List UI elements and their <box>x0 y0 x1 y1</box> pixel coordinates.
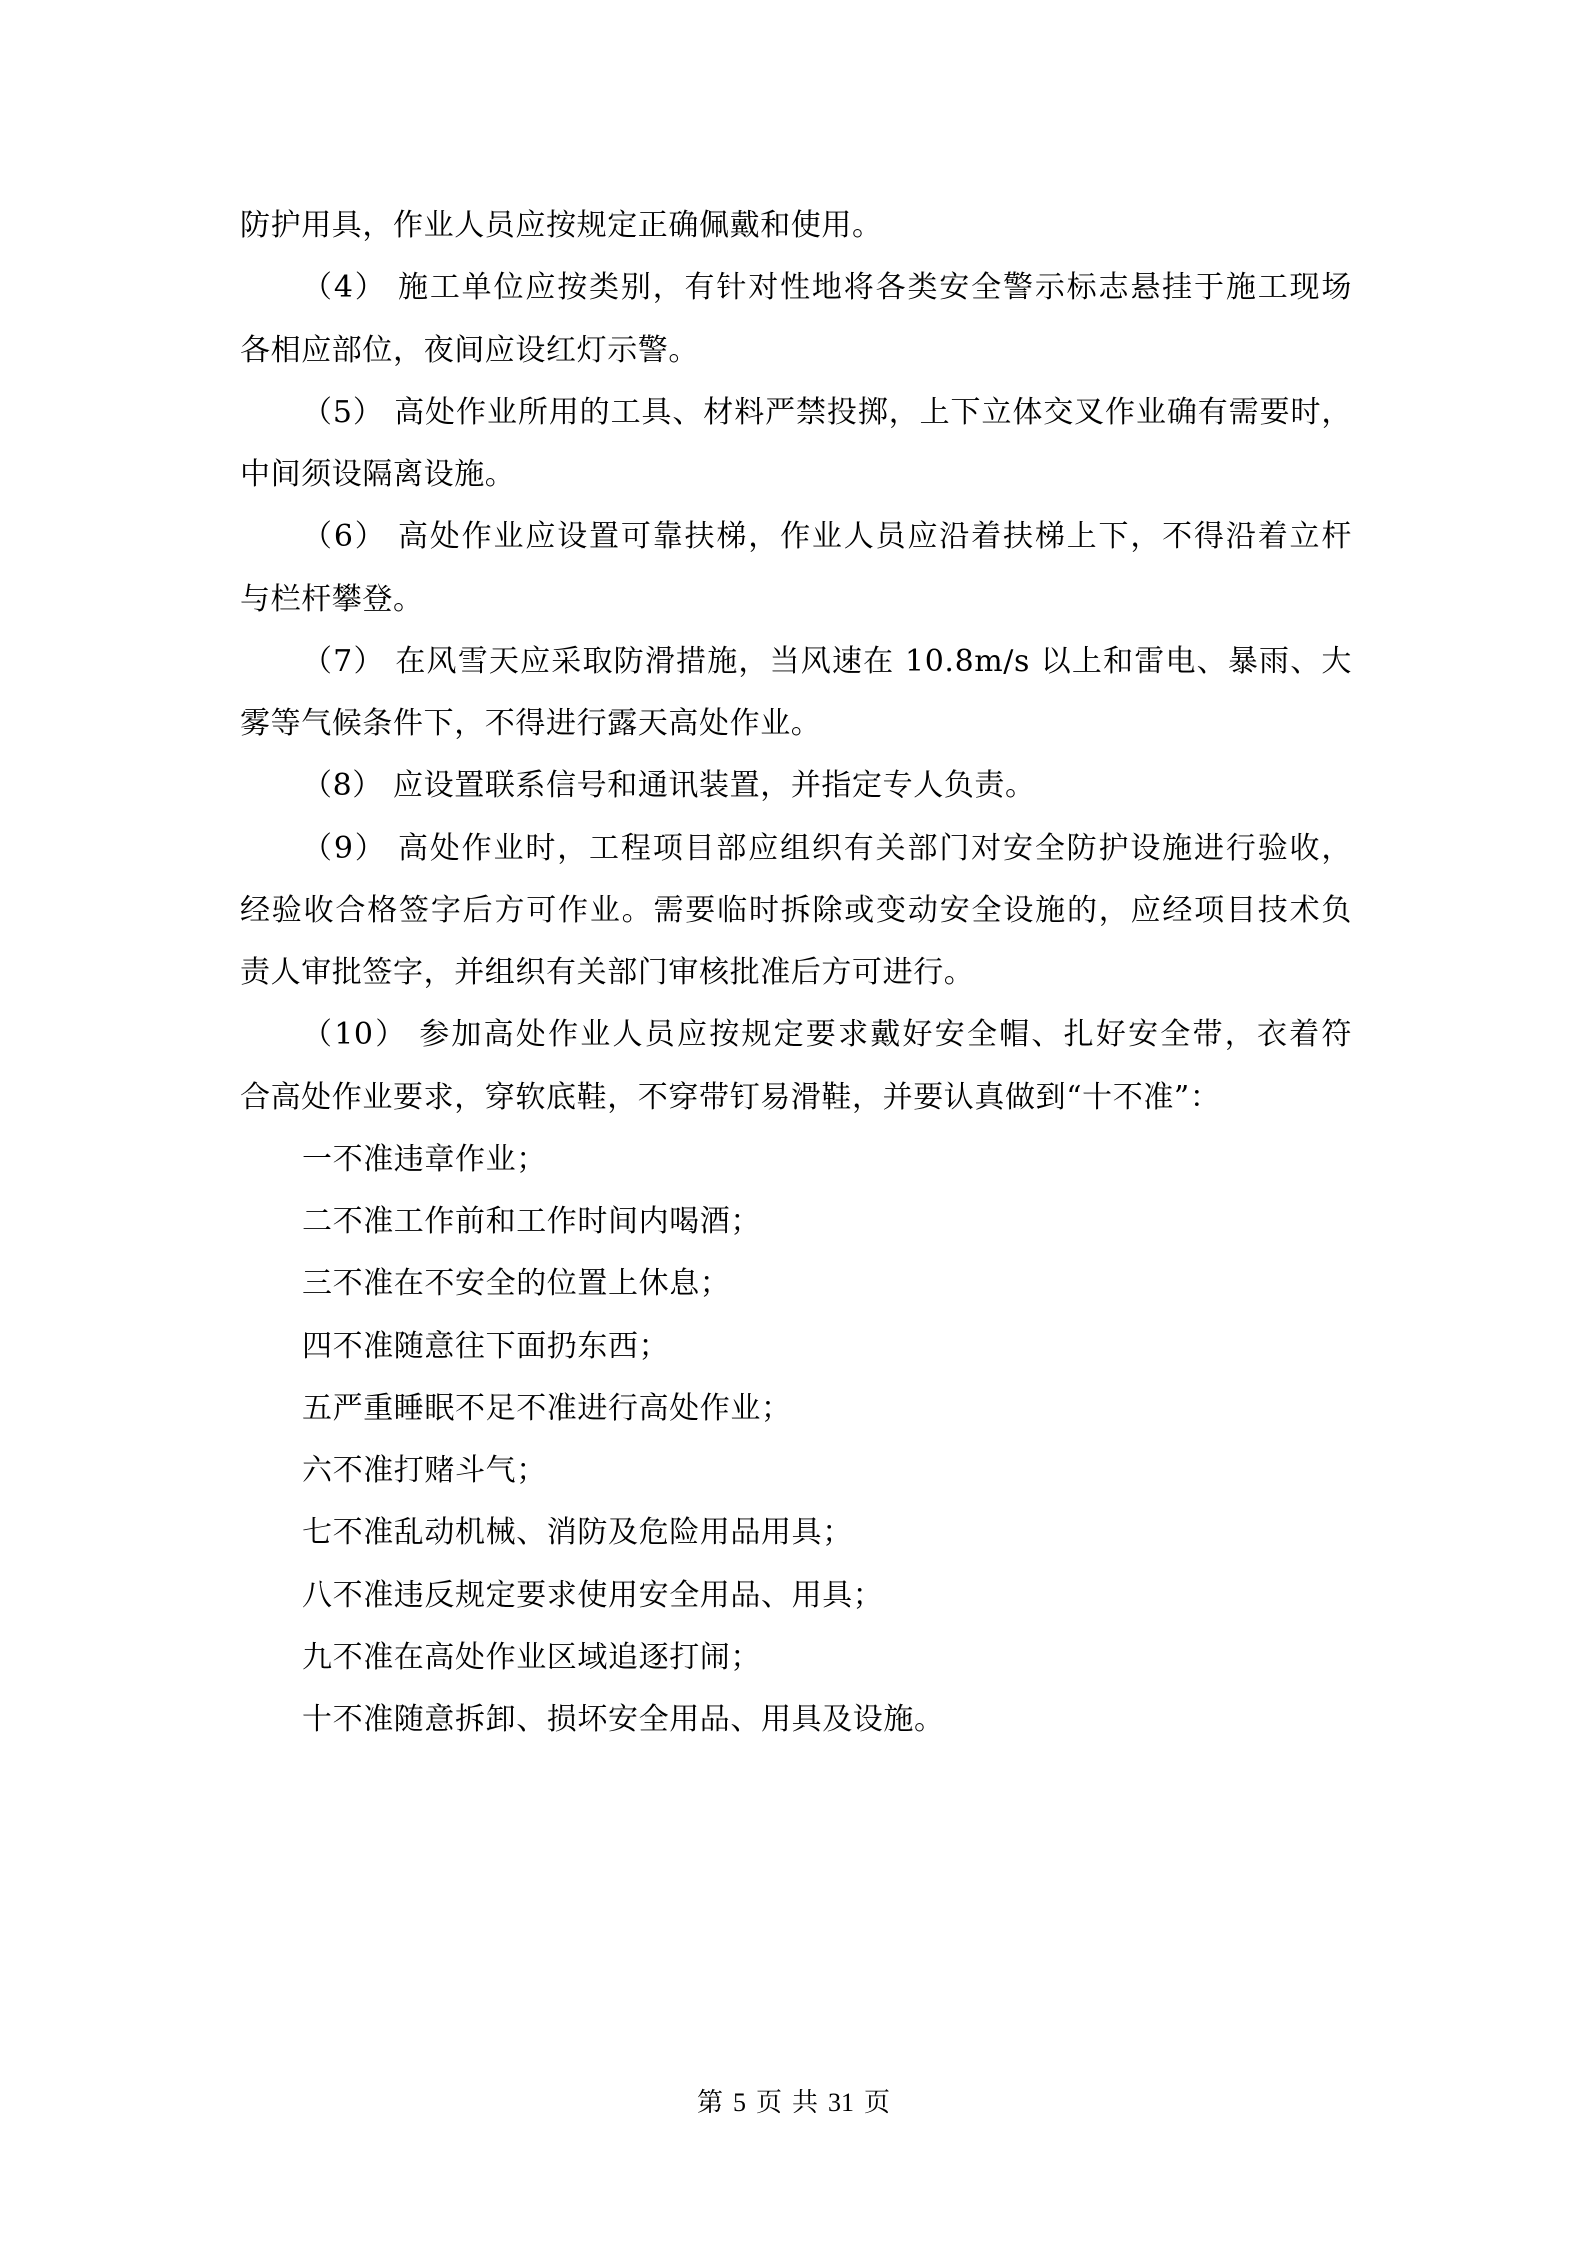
footer-prefix: 第 <box>697 2088 723 2117</box>
list-item: 七不准乱动机械、消防及危险用品用具； <box>240 1502 1352 1564</box>
paragraph-line: 防护用具，作业人员应按规定正确佩戴和使用。 <box>240 195 1352 257</box>
item-5-line-1: （5） 高处作业所用的工具、材料严禁投掷，上下立体交叉作业确有需要时， <box>240 382 1352 444</box>
total-pages-number: 31 <box>828 2088 854 2117</box>
item-4-line-1: （4） 施工单位应按类别，有针对性地将各类安全警示标志悬挂于施工现场 <box>240 257 1352 319</box>
list-item: 一不准违章作业； <box>240 1129 1352 1191</box>
current-page-number: 5 <box>733 2088 746 2117</box>
list-item: 十不准随意拆卸、损坏安全用品、用具及设施。 <box>240 1689 1352 1751</box>
list-item: 三不准在不安全的位置上休息； <box>240 1253 1352 1315</box>
item-9-line-2: 经验收合格签字后方可作业。需要临时拆除或变动安全设施的，应经项目技术负 <box>240 880 1352 942</box>
item-10-line-1: （10） 参加高处作业人员应按规定要求戴好安全帽、扎好安全带，衣着符 <box>240 1004 1352 1066</box>
item-7-line-2: 雾等气候条件下，不得进行露天高处作业。 <box>240 693 1352 755</box>
item-7-line-1: （7） 在风雪天应采取防滑措施，当风速在 10.8m/s 以上和雷电、暴雨、大 <box>240 631 1352 693</box>
document-body: 防护用具，作业人员应按规定正确佩戴和使用。 （4） 施工单位应按类别，有针对性地… <box>240 195 1352 1751</box>
item-6-line-1: （6） 高处作业应设置可靠扶梯，作业人员应沿着扶梯上下，不得沿着立杆 <box>240 506 1352 568</box>
footer-suffix: 页 <box>864 2088 890 2117</box>
list-item: 五严重睡眠不足不准进行高处作业； <box>240 1378 1352 1440</box>
item-6-line-2: 与栏杆攀登。 <box>240 569 1352 631</box>
list-item: 二不准工作前和工作时间内喝酒； <box>240 1191 1352 1253</box>
footer-total-word: 共 <box>792 2088 818 2117</box>
page-footer: 第5页共31页 <box>0 2082 1587 2119</box>
item-4-line-2: 各相应部位，夜间应设红灯示警。 <box>240 320 1352 382</box>
item-9-line-3: 责人审批签字，并组织有关部门审核批准后方可进行。 <box>240 942 1352 1004</box>
list-item: 六不准打赌斗气； <box>240 1440 1352 1502</box>
list-item: 八不准违反规定要求使用安全用品、用具； <box>240 1565 1352 1627</box>
item-9-line-1: （9） 高处作业时，工程项目部应组织有关部门对安全防护设施进行验收， <box>240 818 1352 880</box>
list-item: 四不准随意往下面扔东西； <box>240 1316 1352 1378</box>
item-10-line-2: 合高处作业要求，穿软底鞋，不穿带钉易滑鞋，并要认真做到“十不准”： <box>240 1067 1352 1129</box>
footer-page-word: 页 <box>756 2088 782 2117</box>
list-item: 九不准在高处作业区域追逐打闹； <box>240 1627 1352 1689</box>
ten-prohibitions-list: 一不准违章作业； 二不准工作前和工作时间内喝酒； 三不准在不安全的位置上休息； … <box>240 1129 1352 1752</box>
item-5-line-2: 中间须设隔离设施。 <box>240 444 1352 506</box>
item-8-line-1: （8） 应设置联系信号和通讯装置，并指定专人负责。 <box>240 755 1352 817</box>
